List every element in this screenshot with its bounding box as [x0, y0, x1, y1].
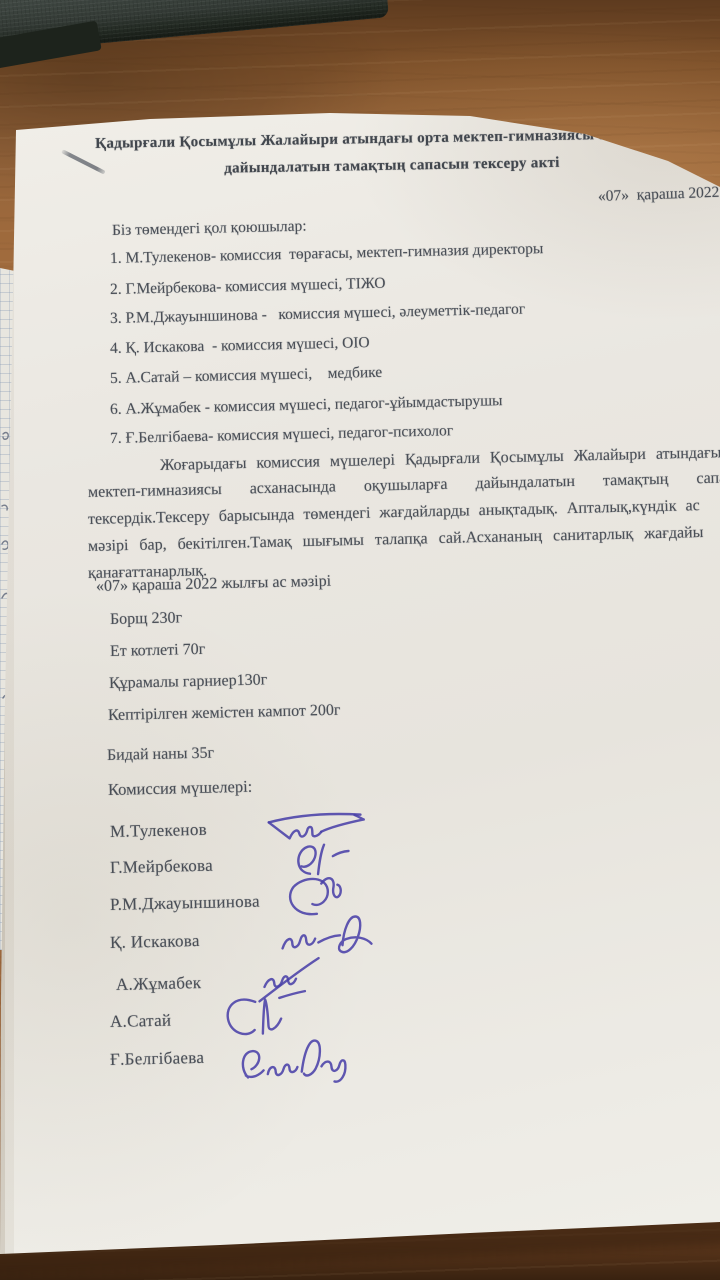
intro-line: Біз төмендегі қол қоюшылар:: [112, 218, 307, 240]
document-title-line1: Қадырғали Қосымұлы Жалайыри атындағы орт…: [92, 126, 692, 153]
signer-name-zhumabek: А.Жұмабек: [116, 973, 202, 995]
commission-member-1: 1. М.Тулекенов- комиссия төрағасы, мекте…: [110, 240, 544, 268]
commission-member-4: 4. Қ. Искакова - комиссия мүшесі, ОІО: [110, 334, 370, 358]
document-title-line2: дайындалатын тамақтың сапасын тексеру ак…: [92, 153, 692, 180]
body-paragraph-line1: Жоғарыдағы комиссия мүшелері Қадырғали Қ…: [160, 443, 720, 475]
menu-item-1: Борщ 230г: [110, 609, 182, 629]
menu-item-3: Құрамалы гарниер130г: [109, 671, 268, 693]
menu-item-2: Ет котлеті 70г: [110, 641, 206, 661]
commission-member-3: 3. Р.М.Джауыншинова - комиссия мүшесі, ә…: [110, 301, 526, 328]
commission-member-7: 7. Ғ.Белгібаева- комиссия мүшесі, педаго…: [110, 422, 454, 448]
signer-name-tulekenov: М.Тулекенов: [110, 820, 207, 842]
menu-item-4: Кептірілген жемістен кампот 200г: [108, 702, 341, 725]
menu-item-5: Бидай наны 35г: [107, 745, 214, 765]
signature-belgibaeva-ink: [233, 1028, 362, 1095]
signer-name-jauynshinova: Р.М.Джауыншинова: [110, 892, 260, 915]
body-paragraph-line4: мәзірі бар, бекітілген.Тамақ шығымы тала…: [88, 524, 704, 556]
signature-tulekenov-ink: [262, 807, 369, 844]
signer-name-satai: А.Сатай: [110, 1011, 172, 1032]
body-paragraph-line3: тексердік.Тексеру барысында төмендегі жа…: [88, 497, 700, 529]
document-date: «07» қараша 2022: [598, 184, 720, 206]
commission-member-2: 2. Г.Мейрбекова- комиссия мүшесі, ТІЖО: [110, 275, 386, 299]
signer-name-belgibaeva: Ғ.Белгібаева: [110, 1048, 205, 1070]
document-paper: Қадырғали Қосымұлы Жалайыри атындағы орт…: [0, 0, 720, 1280]
commission-member-6: 6. А.Жұмабек - комиссия мүшесі, педагог-…: [110, 392, 503, 419]
commission-member-5: 5. А.Сатай – комиссия мүшесі, медбике: [110, 364, 383, 388]
signer-name-meirbekova: Г.Мейрбекова: [110, 856, 213, 878]
photo-of-document: { "colors": { "ink": "#4a41a8", "paper":…: [0, 0, 720, 1280]
signer-name-iskakova: Қ. Искакова: [110, 931, 200, 953]
signatures-heading: Комиссия мүшелері:: [108, 777, 253, 800]
